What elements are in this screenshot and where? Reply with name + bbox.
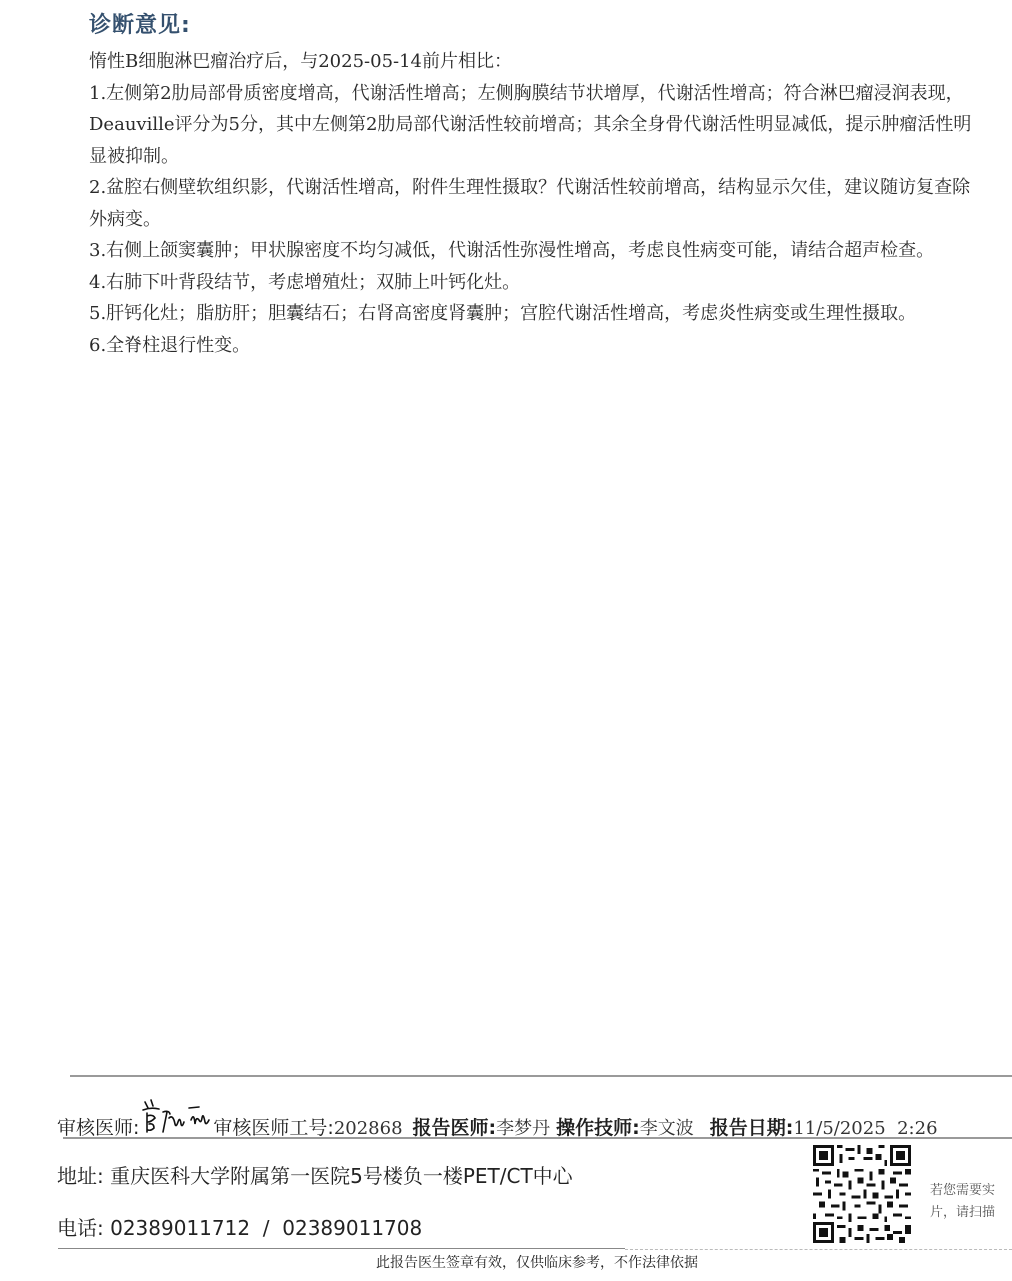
footer-disclaimer: 此报告医生签章有效，仅供临床参考，不作法律依据 <box>376 1252 698 1272</box>
diagnosis-title: 诊断意见: <box>89 8 191 39</box>
report-date-label: 报告日期: <box>710 1113 794 1140</box>
technician-label: 操作技师: <box>556 1113 640 1140</box>
qr-code-icon[interactable] <box>813 1145 911 1243</box>
address-line: 地址: 重庆医科大学附属第一医院5号楼负一楼PET/CT中心 <box>57 1160 573 1189</box>
finding-item-6: 6.全脊柱退行性变。 <box>89 330 984 362</box>
reviewer-label: 审核医师: <box>57 1113 139 1140</box>
reporter-label: 报告医师: <box>413 1113 497 1140</box>
divider-bottom-dashed <box>625 1249 1012 1250</box>
qr-caption: 若您需要实 片，请扫描 <box>930 1180 995 1224</box>
diagnosis-content: 惰性B细胞淋巴瘤治疗后，与2025-05-14前片相比： 1.左侧第2肋局部骨质… <box>89 46 984 361</box>
finding-item-3: 3.右侧上颌窦囊肿；甲状腺密度不均匀减低，代谢活性弥漫性增高，考虑良性病变可能，… <box>89 235 984 267</box>
finding-item-4: 4.右肺下叶背段结节，考虑增殖灶；双肺上叶钙化灶。 <box>89 267 984 299</box>
divider-middle <box>63 1137 1012 1139</box>
reviewer-id-value: 202868 <box>334 1118 403 1139</box>
phone-value: 02389011712 / 02389011708 <box>110 1216 422 1240</box>
finding-item-1: 1.左侧第2肋局部骨质密度增高，代谢活性增高；左侧胸膜结节状增厚，代谢活性增高；… <box>89 78 984 173</box>
report-date-value: 11/5/2025 2:26 <box>793 1118 937 1139</box>
signature-row: 审核医师: 审核医师工号: 202868 报告医师: 李梦丹 操作技师: 李文波… <box>57 1094 938 1140</box>
qr-caption-line-2: 片，请扫描 <box>930 1202 995 1224</box>
diagnosis-intro: 惰性B细胞淋巴瘤治疗后，与2025-05-14前片相比： <box>89 46 984 78</box>
reviewer-signature-icon <box>139 1098 213 1138</box>
finding-item-5: 5.肝钙化灶；脂肪肝；胆囊结石；右肾高密度肾囊肿；宫腔代谢活性增高，考虑炎性病变… <box>89 298 984 330</box>
divider-bottom <box>58 1248 625 1249</box>
address-value: 重庆医科大学附属第一医院5号楼负一楼PET/CT中心 <box>110 1164 573 1188</box>
qr-caption-line-1: 若您需要实 <box>930 1180 995 1202</box>
divider-top <box>70 1075 1012 1077</box>
reviewer-id-label: 审核医师工号: <box>213 1113 333 1140</box>
address-label: 地址: <box>57 1164 104 1188</box>
finding-item-2: 2.盆腔右侧壁软组织影，代谢活性增高，附件生理性摄取？代谢活性较前增高，结构显示… <box>89 172 984 235</box>
phone-label: 电话: <box>57 1216 104 1240</box>
phone-line: 电话: 02389011712 / 02389011708 <box>57 1212 422 1241</box>
